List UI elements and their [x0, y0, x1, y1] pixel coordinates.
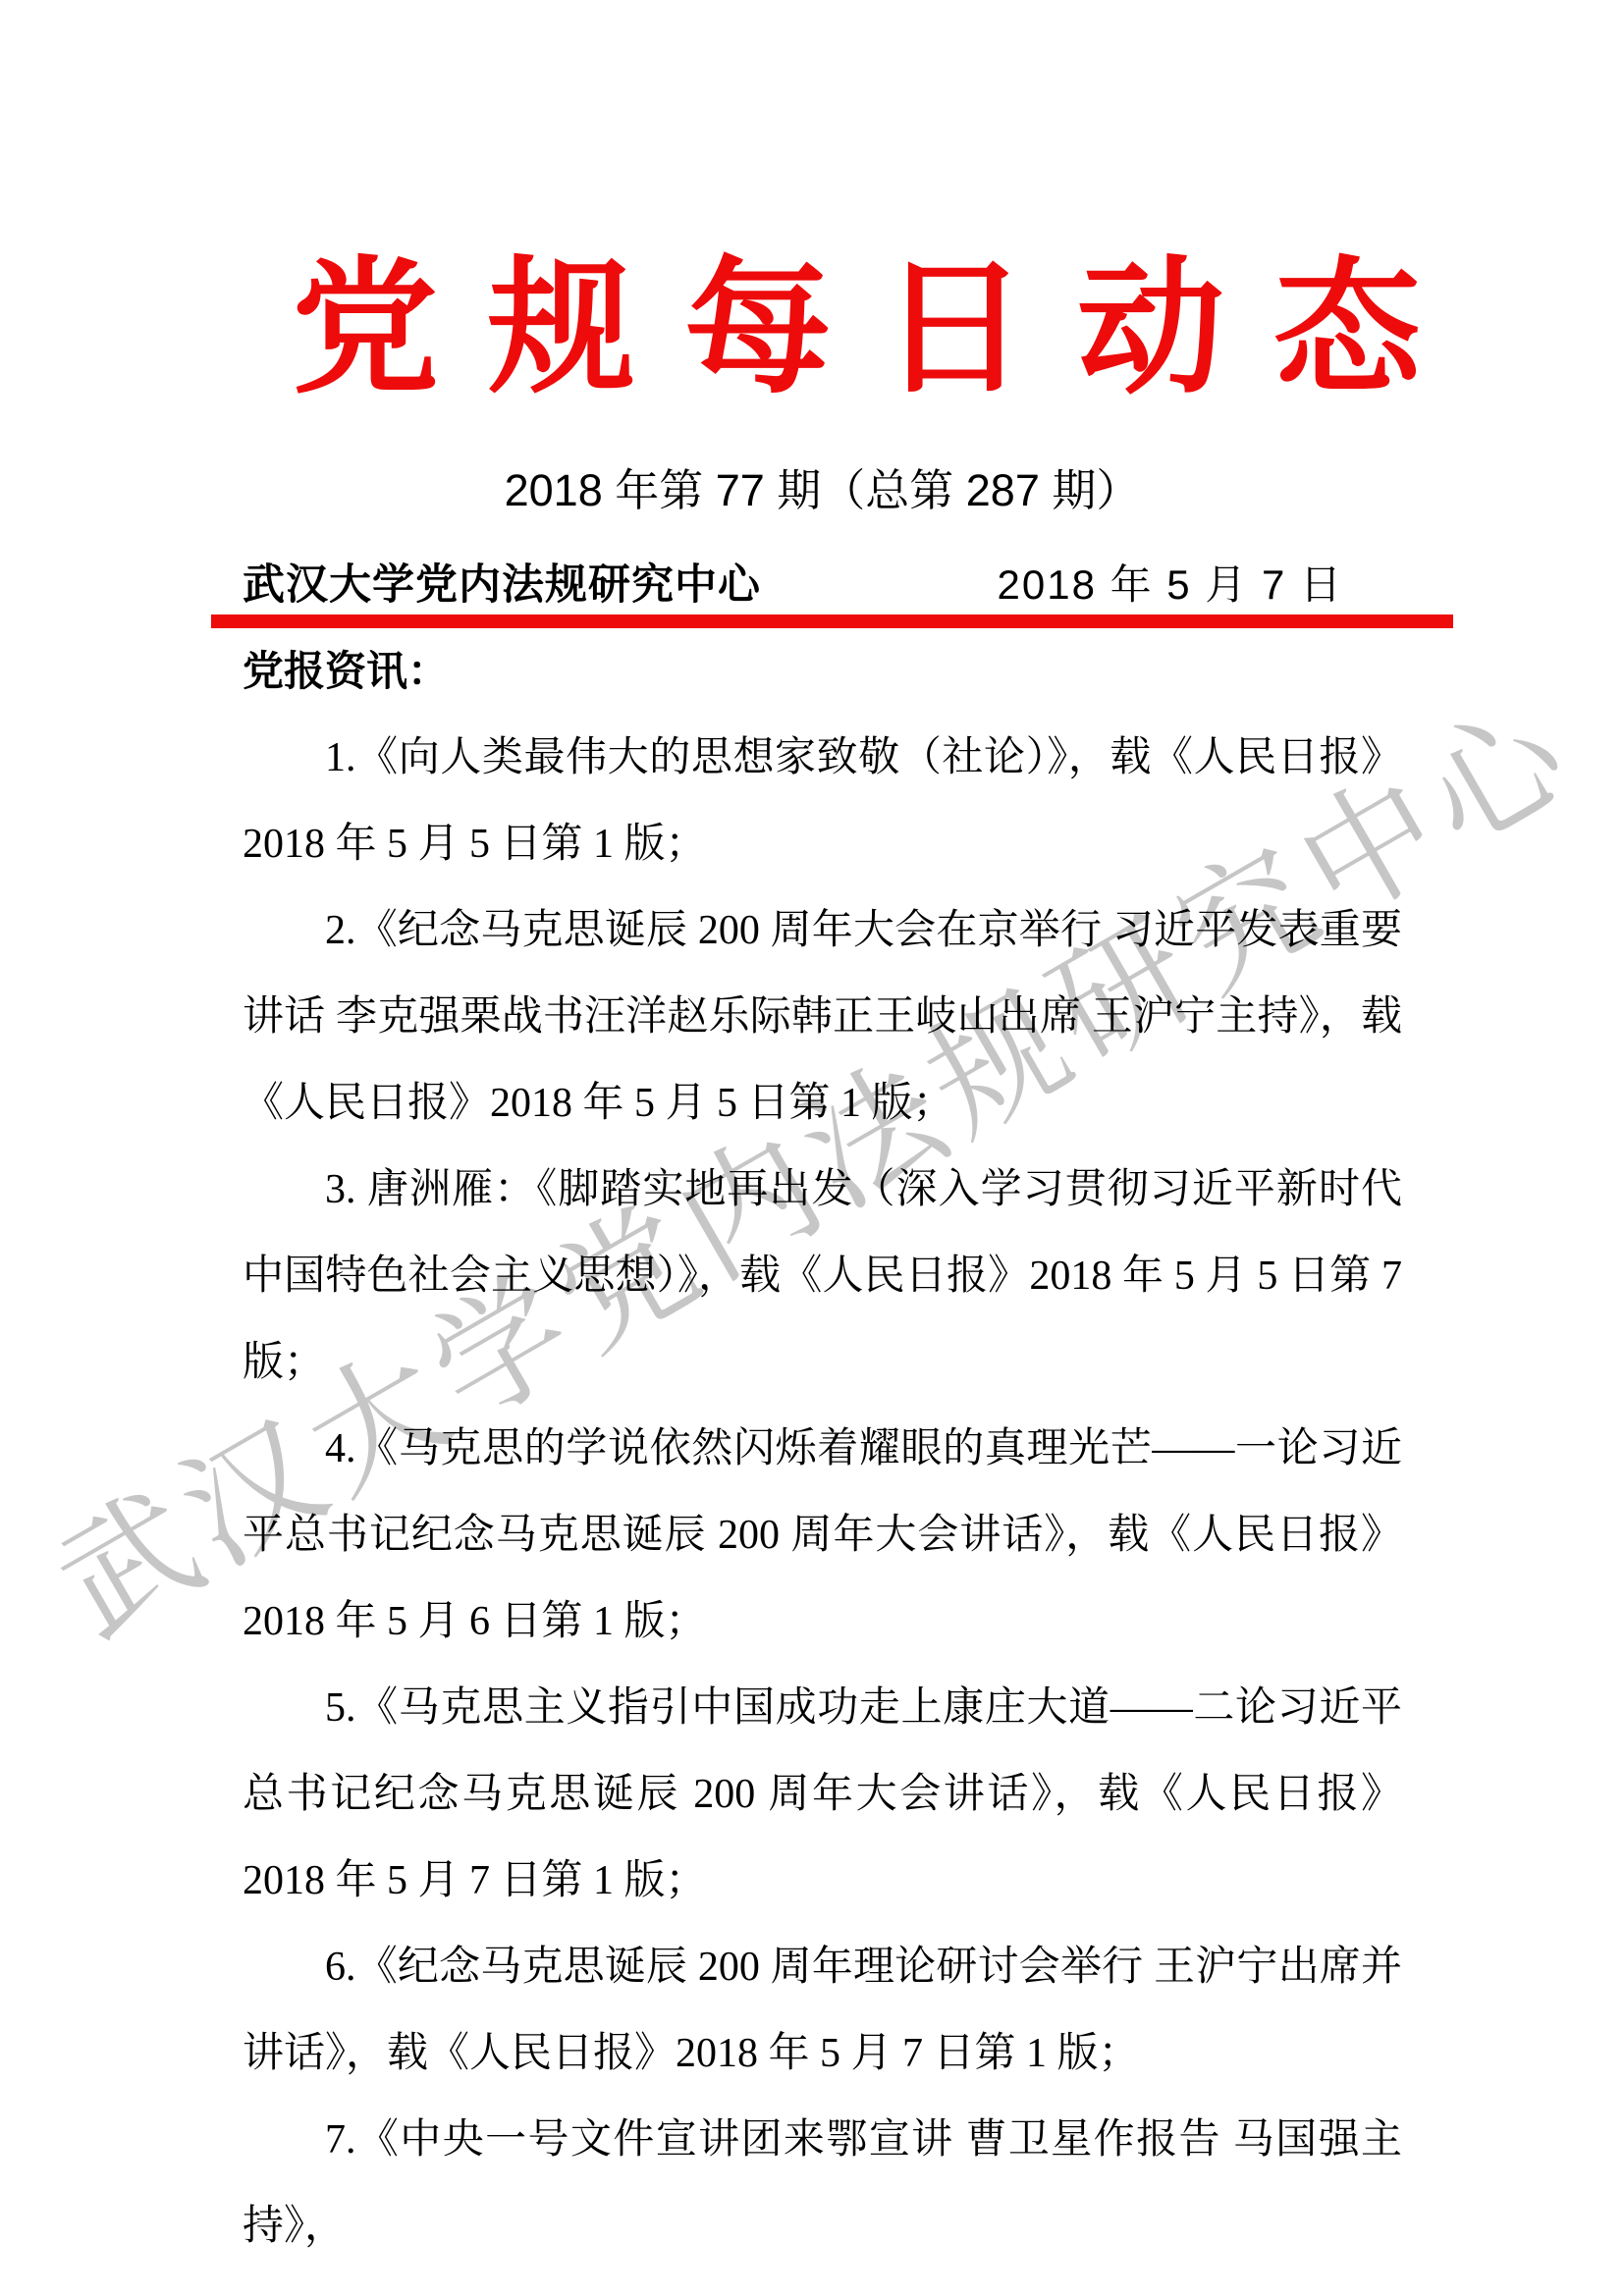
page-title: 党规每日动态	[243, 247, 1402, 412]
issue-number-line: 2018 年第 77 期（总第 287 期）	[243, 463, 1402, 518]
section-heading: 党报资讯：	[243, 628, 1402, 715]
issue-date: 2018 年 5 月 7 日	[998, 553, 1344, 612]
news-item-5: 5.《马克思主义指引中国成功走上康庄大道——二论习近平总书记纪念马克思诞辰 20…	[243, 1665, 1402, 1924]
news-item-2: 2.《纪念马克思诞辰 200 周年大会在京举行 习近平发表重要讲话 李克强栗战书…	[243, 887, 1402, 1147]
news-list: 党报资讯： 1.《向人类最伟大的思想家致敬（社论）》，载《人民日报》2018 年…	[243, 628, 1402, 2269]
news-item-3: 3. 唐洲雁：《脚踏实地再出发（深入学习贯彻习近平新时代中国特色社会主义思想）》…	[243, 1147, 1402, 1406]
publisher-name: 武汉大学党内法规研究中心	[243, 552, 761, 612]
document-content: 党规每日动态 2018 年第 77 期（总第 287 期） 武汉大学党内法规研究…	[0, 0, 1624, 2296]
document-page: 武汉大学党内法规研究中心 党规每日动态 2018 年第 77 期（总第 287 …	[0, 0, 1624, 2296]
masthead-row: 武汉大学党内法规研究中心 2018 年 5 月 7 日	[243, 552, 1402, 612]
news-item-4: 4.《马克思的学说依然闪烁着耀眼的真理光芒——一论习近平总书记纪念马克思诞辰 2…	[243, 1406, 1402, 1665]
news-item-1: 1.《向人类最伟大的思想家致敬（社论）》，载《人民日报》2018 年 5 月 5…	[243, 715, 1402, 887]
news-item-7: 7.《中央一号文件宣讲团来鄂宣讲 曹卫星作报告 马国强主持》，	[243, 2097, 1402, 2269]
news-item-6: 6.《纪念马克思诞辰 200 周年理论研讨会举行 王沪宁出席并讲话》，载《人民日…	[243, 1924, 1402, 2097]
divider-rule	[211, 614, 1453, 628]
